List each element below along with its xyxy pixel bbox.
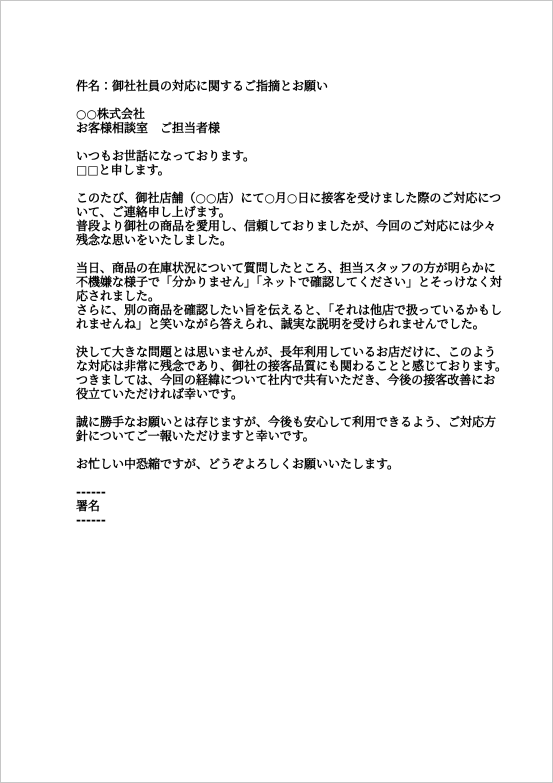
letter-paragraph: ○○株式会社お客様相談室 ご担当者様 (76, 107, 512, 135)
letter-line: れませんね」と笑いながら答えられ、誠実な説明を受けられませんでした。 (76, 317, 512, 331)
letter-line: 応されました。 (76, 289, 512, 303)
subject-paragraph: 件名：御社社員の対応に関するご指摘とお願い (76, 79, 512, 93)
letter-body: 件名：御社社員の対応に関するご指摘とお願い○○株式会社お客様相談室 ご担当者様い… (1, 1, 552, 527)
signature-label: 署名 (76, 499, 512, 513)
letter-paragraph: お忙しい中恐縮ですが、どうぞよろしくお願いいたします。 (76, 457, 512, 471)
letter-line: 不機嫌な様子で「分かりません」「ネットで確認してください」とそっけなく対 (76, 275, 512, 289)
letter-line: いて、ご連絡申し上げます。 (76, 205, 512, 219)
letter-line: 役立ていただければ幸いです。 (76, 387, 512, 401)
signature-divider: ------ (76, 485, 512, 499)
letter-line: な対応は非常に残念であり、御社の接客品質にも関わることと感じております。 (76, 359, 512, 373)
letter-line: 当日、商品の在庫状況について質問したところ、担当スタッフの方が明らかに (76, 261, 512, 275)
letter-line: 普段より御社の商品を愛用し、信頼しておりましたが、今回のご対応には少々 (76, 219, 512, 233)
letter-line: 針についてご一報いただけますと幸いです。 (76, 429, 512, 443)
signature-block: ------署名------ (76, 485, 512, 527)
letter-line: お客様相談室 ご担当者様 (76, 121, 512, 135)
letter-line: 決して大きな問題とは思いませんが、長年利用しているお店だけに、このよう (76, 345, 512, 359)
letter-paragraph: このたび、御社店舗（○○店）にて○月○日に接客を受けました際のご対応について、ご… (76, 191, 512, 247)
letter-line: いつもお世話になっております。 (76, 149, 512, 163)
letter-line: さらに、別の商品を確認したい旨を伝えると、「それは他店で扱っているかもし (76, 303, 512, 317)
subject-line: 件名：御社社員の対応に関するご指摘とお願い (76, 79, 512, 93)
letter-paragraph: 誠に勝手なお願いとは存じますが、今後も安心して利用できるよう、ご対応方針について… (76, 415, 512, 443)
letter-line: 誠に勝手なお願いとは存じますが、今後も安心して利用できるよう、ご対応方 (76, 415, 512, 429)
signature-divider: ------ (76, 513, 512, 527)
letter-line: ○○株式会社 (76, 107, 512, 121)
letter-line: 残念な思いをいたしました。 (76, 233, 512, 247)
letter-line: つきましては、今回の経緯について社内で共有いただき、今後の接客改善にお (76, 373, 512, 387)
letter-line: このたび、御社店舗（○○店）にて○月○日に接客を受けました際のご対応につ (76, 191, 512, 205)
letter-line: □□と申します。 (76, 163, 512, 177)
letter-paragraph: 決して大きな問題とは思いませんが、長年利用しているお店だけに、このような対応は非… (76, 345, 512, 401)
letter-paragraph: 当日、商品の在庫状況について質問したところ、担当スタッフの方が明らかに不機嫌な様… (76, 261, 512, 331)
letter-paragraph: いつもお世話になっております。□□と申します。 (76, 149, 512, 177)
letter-line: お忙しい中恐縮ですが、どうぞよろしくお願いいたします。 (76, 457, 512, 471)
letter-page: 件名：御社社員の対応に関するご指摘とお願い○○株式会社お客様相談室 ご担当者様い… (0, 0, 553, 783)
